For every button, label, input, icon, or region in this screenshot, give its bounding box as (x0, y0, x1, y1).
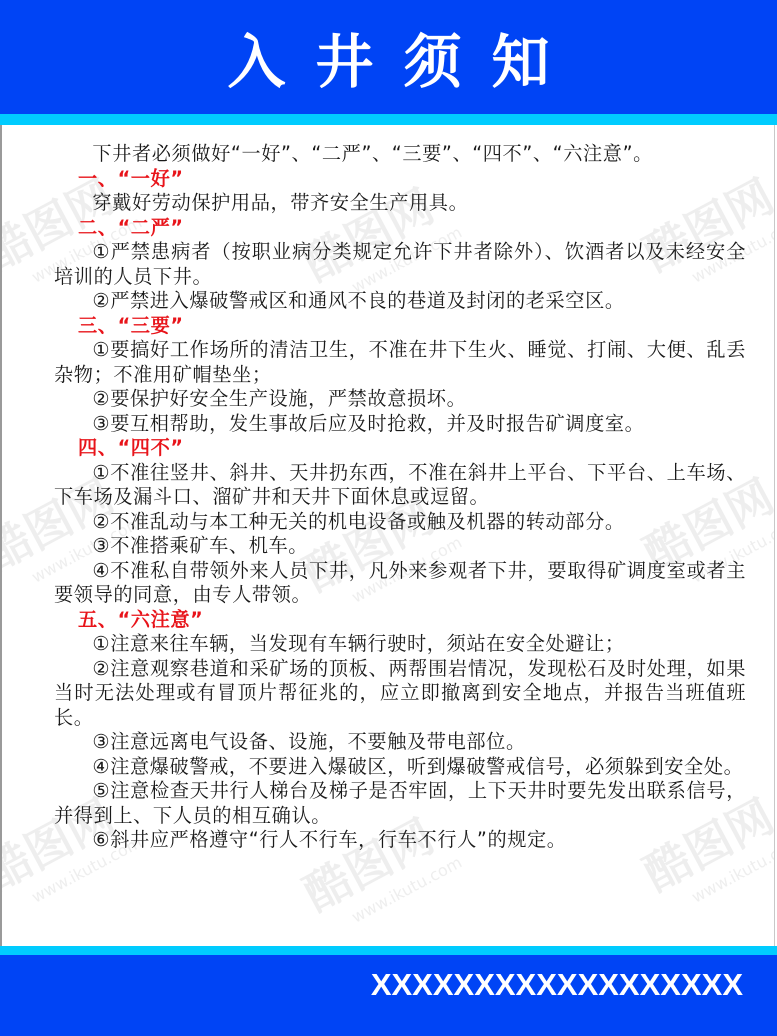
section-4-item-4: ④不准私自带领外来人员下井，凡外来参观者下井，要取得矿调度室或者主要领导的同意，… (54, 559, 746, 608)
intro-paragraph: 下井者必须做好“一好”、“二严”、“三要”、“四不”、“六注意”。 (54, 142, 746, 167)
section-3-item-3: ③要互相帮助，发生事故后应及时抢救，并及时报告矿调度室。 (54, 412, 746, 437)
page-title: 入井须知 (227, 15, 579, 99)
section-3-item-2: ②要保护好安全生产设施，严禁故意损坏。 (54, 387, 746, 412)
section-heading-1: 一、“一好” (54, 167, 746, 192)
section-4-item-2: ②不准乱动与本工种无关的机电设备或触及机器的转动部分。 (54, 510, 746, 535)
top-accent-stripe (0, 114, 777, 125)
section-heading-4: 四、“四不” (54, 436, 746, 461)
section-3-item-1: ①要搞好工作场所的清洁卫生，不准在井下生火、睡觉、打闹、大便、乱丢杂物；不准用矿… (54, 338, 746, 387)
footer-banner: XXXXXXXXXXXXXXXXXX (0, 955, 777, 1036)
section-heading-3: 三、“三要” (54, 314, 746, 339)
section-5-item-4: ④注意爆破警戒，不要进入爆破区，听到爆破警戒信号，必须躲到安全处。 (54, 755, 746, 780)
section-5-item-5: ⑤注意检查天井行人梯台及梯子是否牢固，上下天井时要先发出联系信号，并得到上、下人… (54, 779, 746, 828)
notice-body: 酷图网www.ikutu.com 酷图网www.ikutu.com 酷图网www… (0, 125, 775, 946)
notice-content: 下井者必须做好“一好”、“二严”、“三要”、“四不”、“六注意”。 一、“一好”… (54, 142, 746, 853)
bottom-accent-stripe (0, 946, 777, 955)
section-heading-2: 二、“二严” (54, 216, 746, 241)
section-5-item-1: ①注意来往车辆，当发现有车辆行驶时，须站在安全处避让； (54, 632, 746, 657)
header-banner: 入井须知 (0, 0, 777, 114)
footer-placeholder-text: XXXXXXXXXXXXXXXXXX (371, 967, 743, 1003)
section-5-item-3: ③注意远离电气设备、设施，不要触及带电部位。 (54, 730, 746, 755)
section-5-item-2: ②注意观察巷道和采矿场的顶板、两帮围岩情况，发现松石及时处理，如果当时无法处理或… (54, 657, 746, 731)
section-4-item-1: ①不准往竖井、斜井、天井扔东西，不准在斜井上平台、下平台、上车场、下车场及漏斗口… (54, 461, 746, 510)
section-5-item-6: ⑥斜井应严格遵守“行人不行车，行车不行人”的规定。 (54, 828, 746, 853)
section-1-item-1: 穿戴好劳动保护用品，带齐安全生产用具。 (54, 191, 746, 216)
section-2-item-2: ②严禁进入爆破警戒区和通风不良的巷道及封闭的老采空区。 (54, 289, 746, 314)
section-2-item-1: ①严禁患病者（按职业病分类规定允许下井者除外）、饮酒者以及未经安全培训的人员下井… (54, 240, 746, 289)
section-4-item-3: ③不准搭乘矿车、机车。 (54, 534, 746, 559)
section-heading-5: 五、“六注意” (54, 608, 746, 633)
